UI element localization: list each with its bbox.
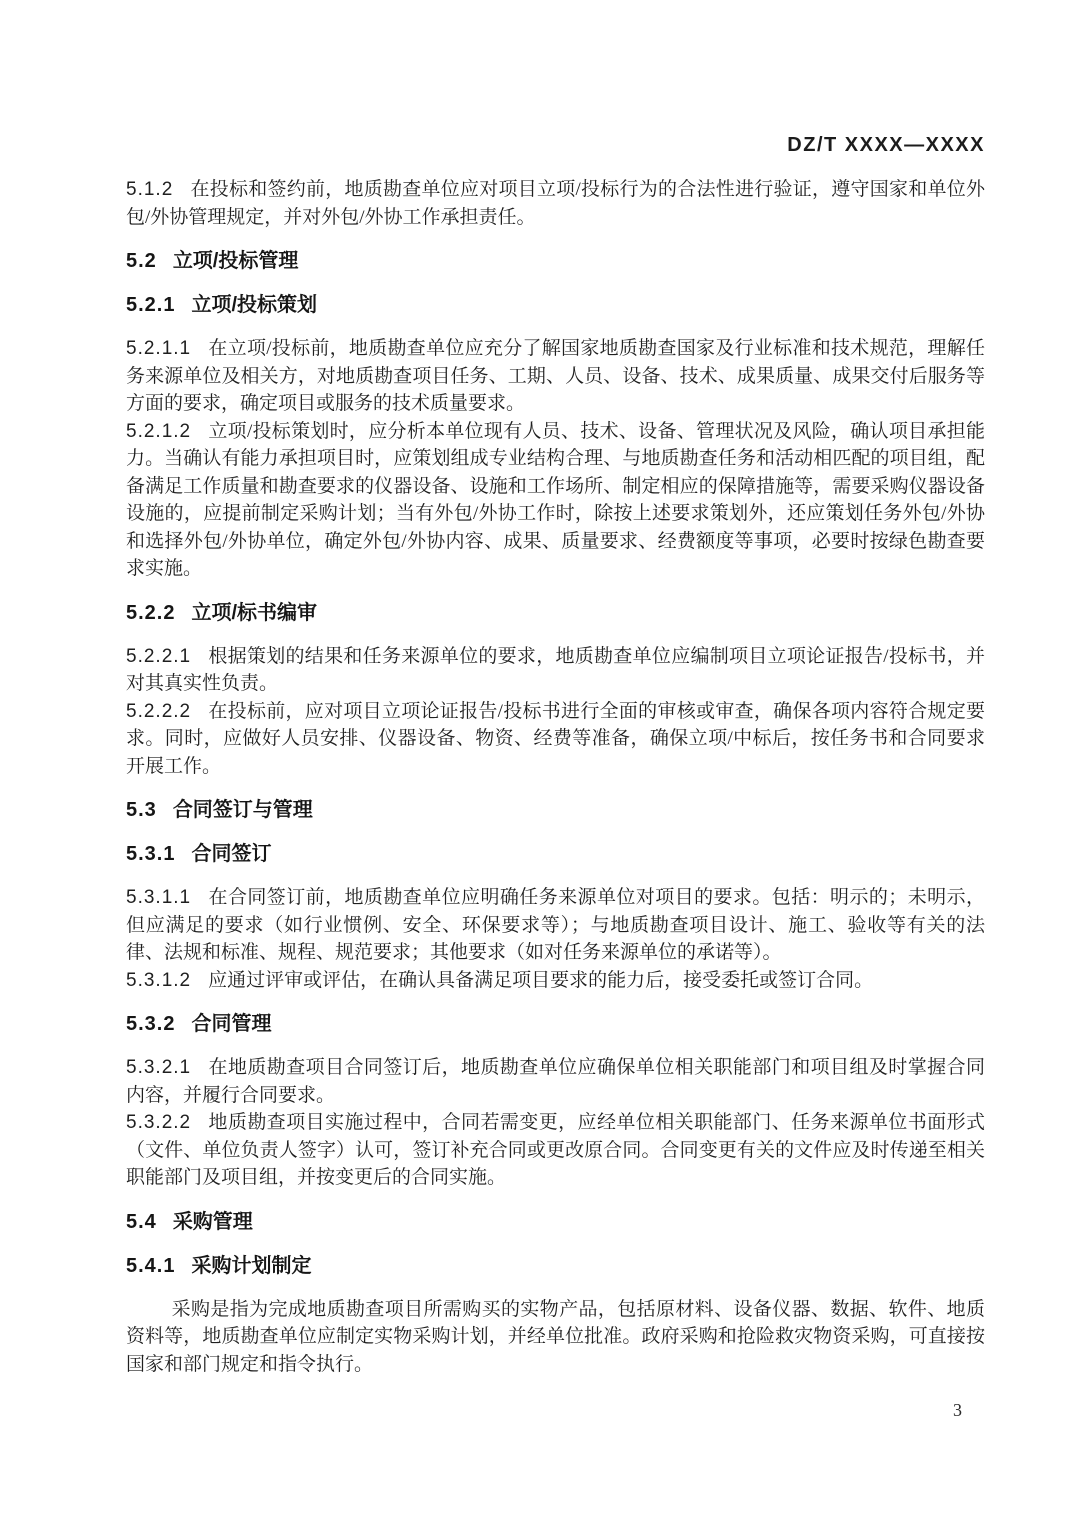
clause-number: 5.3.2.2 <box>126 1112 191 1133</box>
clause-5-3-2-2: 5.3.2.2地质勘查项目实施过程中，合同若需变更，应经单位相关职能部门、任务来… <box>126 1109 985 1192</box>
heading-text: 合同签订 <box>191 843 271 865</box>
page-number: 3 <box>953 1398 962 1422</box>
clause-text: 立项/投标策划时，应分析本单位现有人员、技术、设备、管理状况及风险，确认项目承担… <box>126 421 985 580</box>
heading-number: 5.2.1 <box>126 294 175 316</box>
clause-5-2-2-2: 5.2.2.2在投标前，应对项目立项论证报告/投标书进行全面的审核或审查，确保各… <box>126 698 985 781</box>
heading-5-2: 5.2立项/投标管理 <box>126 247 985 275</box>
clause-text: 采购是指为完成地质勘查项目所需购买的实物产品，包括原材料、设备仪器、数据、软件、… <box>126 1299 985 1375</box>
heading-5-3-2: 5.3.2合同管理 <box>126 1010 985 1038</box>
clause-number: 5.2.2.1 <box>126 646 191 667</box>
clause-5-2-2-1: 5.2.2.1根据策划的结果和任务来源单位的要求，地质勘查单位应编制项目立项论证… <box>126 643 985 698</box>
clause-text: 地质勘查项目实施过程中，合同若需变更，应经单位相关职能部门、任务来源单位书面形式… <box>126 1112 985 1188</box>
heading-5-4: 5.4采购管理 <box>126 1208 985 1236</box>
standard-number: DZ/T XXXX—XXXX <box>787 134 985 156</box>
heading-number: 5.3.2 <box>126 1013 175 1035</box>
heading-number: 5.3.1 <box>126 843 175 865</box>
clause-text: 在合同签订前，地质勘查单位应明确任务来源单位对项目的要求。包括：明示的；未明示，… <box>126 887 985 963</box>
heading-text: 采购管理 <box>173 1211 253 1233</box>
clause-5-1-2: 5.1.2在投标和签约前，地质勘查单位应对项目立项/投标行为的合法性进行验证，遵… <box>126 176 985 231</box>
heading-text: 合同管理 <box>191 1013 271 1035</box>
clause-text: 在地质勘查项目合同签订后，地质勘查单位应确保单位相关职能部门和项目组及时掌握合同… <box>126 1057 985 1106</box>
heading-text: 立项/标书编审 <box>191 602 317 624</box>
heading-number: 5.2.2 <box>126 602 175 624</box>
clause-number: 5.2.1.2 <box>126 421 191 442</box>
clause-text: 在投标前，应对项目立项论证报告/投标书进行全面的审核或审查，确保各项内容符合规定… <box>126 701 985 777</box>
clause-procurement-definition: 采购是指为完成地质勘查项目所需购买的实物产品，包括原材料、设备仪器、数据、软件、… <box>126 1296 985 1379</box>
document-content: DZ/T XXXX—XXXX 5.1.2在投标和签约前，地质勘查单位应对项目立项… <box>126 0 985 1378</box>
clause-5-2-1-1: 5.2.1.1在立项/投标前，地质勘查单位应充分了解国家地质勘查国家及行业标准和… <box>126 335 985 418</box>
heading-5-2-2: 5.2.2立项/标书编审 <box>126 599 985 627</box>
clause-number: 5.3.1.2 <box>126 970 191 991</box>
document-header: DZ/T XXXX—XXXX <box>126 0 985 159</box>
clause-number: 5.2.1.1 <box>126 338 191 359</box>
heading-number: 5.3 <box>126 799 157 821</box>
heading-number: 5.2 <box>126 250 157 272</box>
clause-text: 根据策划的结果和任务来源单位的要求，地质勘查单位应编制项目立项论证报告/投标书，… <box>126 646 985 695</box>
clause-number: 5.2.2.2 <box>126 701 191 722</box>
clause-text: 在投标和签约前，地质勘查单位应对项目立项/投标行为的合法性进行验证，遵守国家和单… <box>126 179 985 228</box>
heading-text: 立项/投标管理 <box>173 250 299 272</box>
document-page: DZ/T XXXX—XXXX 5.1.2在投标和签约前，地质勘查单位应对项目立项… <box>0 0 1080 1527</box>
clause-5-3-1-1: 5.3.1.1在合同签订前，地质勘查单位应明确任务来源单位对项目的要求。包括：明… <box>126 884 985 967</box>
heading-number: 5.4.1 <box>126 1255 175 1277</box>
clause-text: 应通过评审或评估，在确认具备满足项目要求的能力后，接受委托或签订合同。 <box>208 970 873 991</box>
heading-5-2-1: 5.2.1立项/投标策划 <box>126 291 985 319</box>
heading-number: 5.4 <box>126 1211 157 1233</box>
heading-text: 采购计划制定 <box>191 1255 311 1277</box>
clause-5-2-1-2: 5.2.1.2立项/投标策划时，应分析本单位现有人员、技术、设备、管理状况及风险… <box>126 418 985 583</box>
heading-5-3: 5.3合同签订与管理 <box>126 796 985 824</box>
heading-5-3-1: 5.3.1合同签订 <box>126 840 985 868</box>
clause-number: 5.3.2.1 <box>126 1057 191 1078</box>
heading-text: 合同签订与管理 <box>173 799 313 821</box>
clause-text: 在立项/投标前，地质勘查单位应充分了解国家地质勘查国家及行业标准和技术规范，理解… <box>126 338 985 414</box>
clause-number: 5.3.1.1 <box>126 887 191 908</box>
heading-5-4-1: 5.4.1采购计划制定 <box>126 1252 985 1280</box>
clause-number: 5.1.2 <box>126 179 173 200</box>
clause-5-3-1-2: 5.3.1.2应通过评审或评估，在确认具备满足项目要求的能力后，接受委托或签订合… <box>126 967 985 995</box>
clause-5-3-2-1: 5.3.2.1在地质勘查项目合同签订后，地质勘查单位应确保单位相关职能部门和项目… <box>126 1054 985 1109</box>
heading-text: 立项/投标策划 <box>191 294 317 316</box>
